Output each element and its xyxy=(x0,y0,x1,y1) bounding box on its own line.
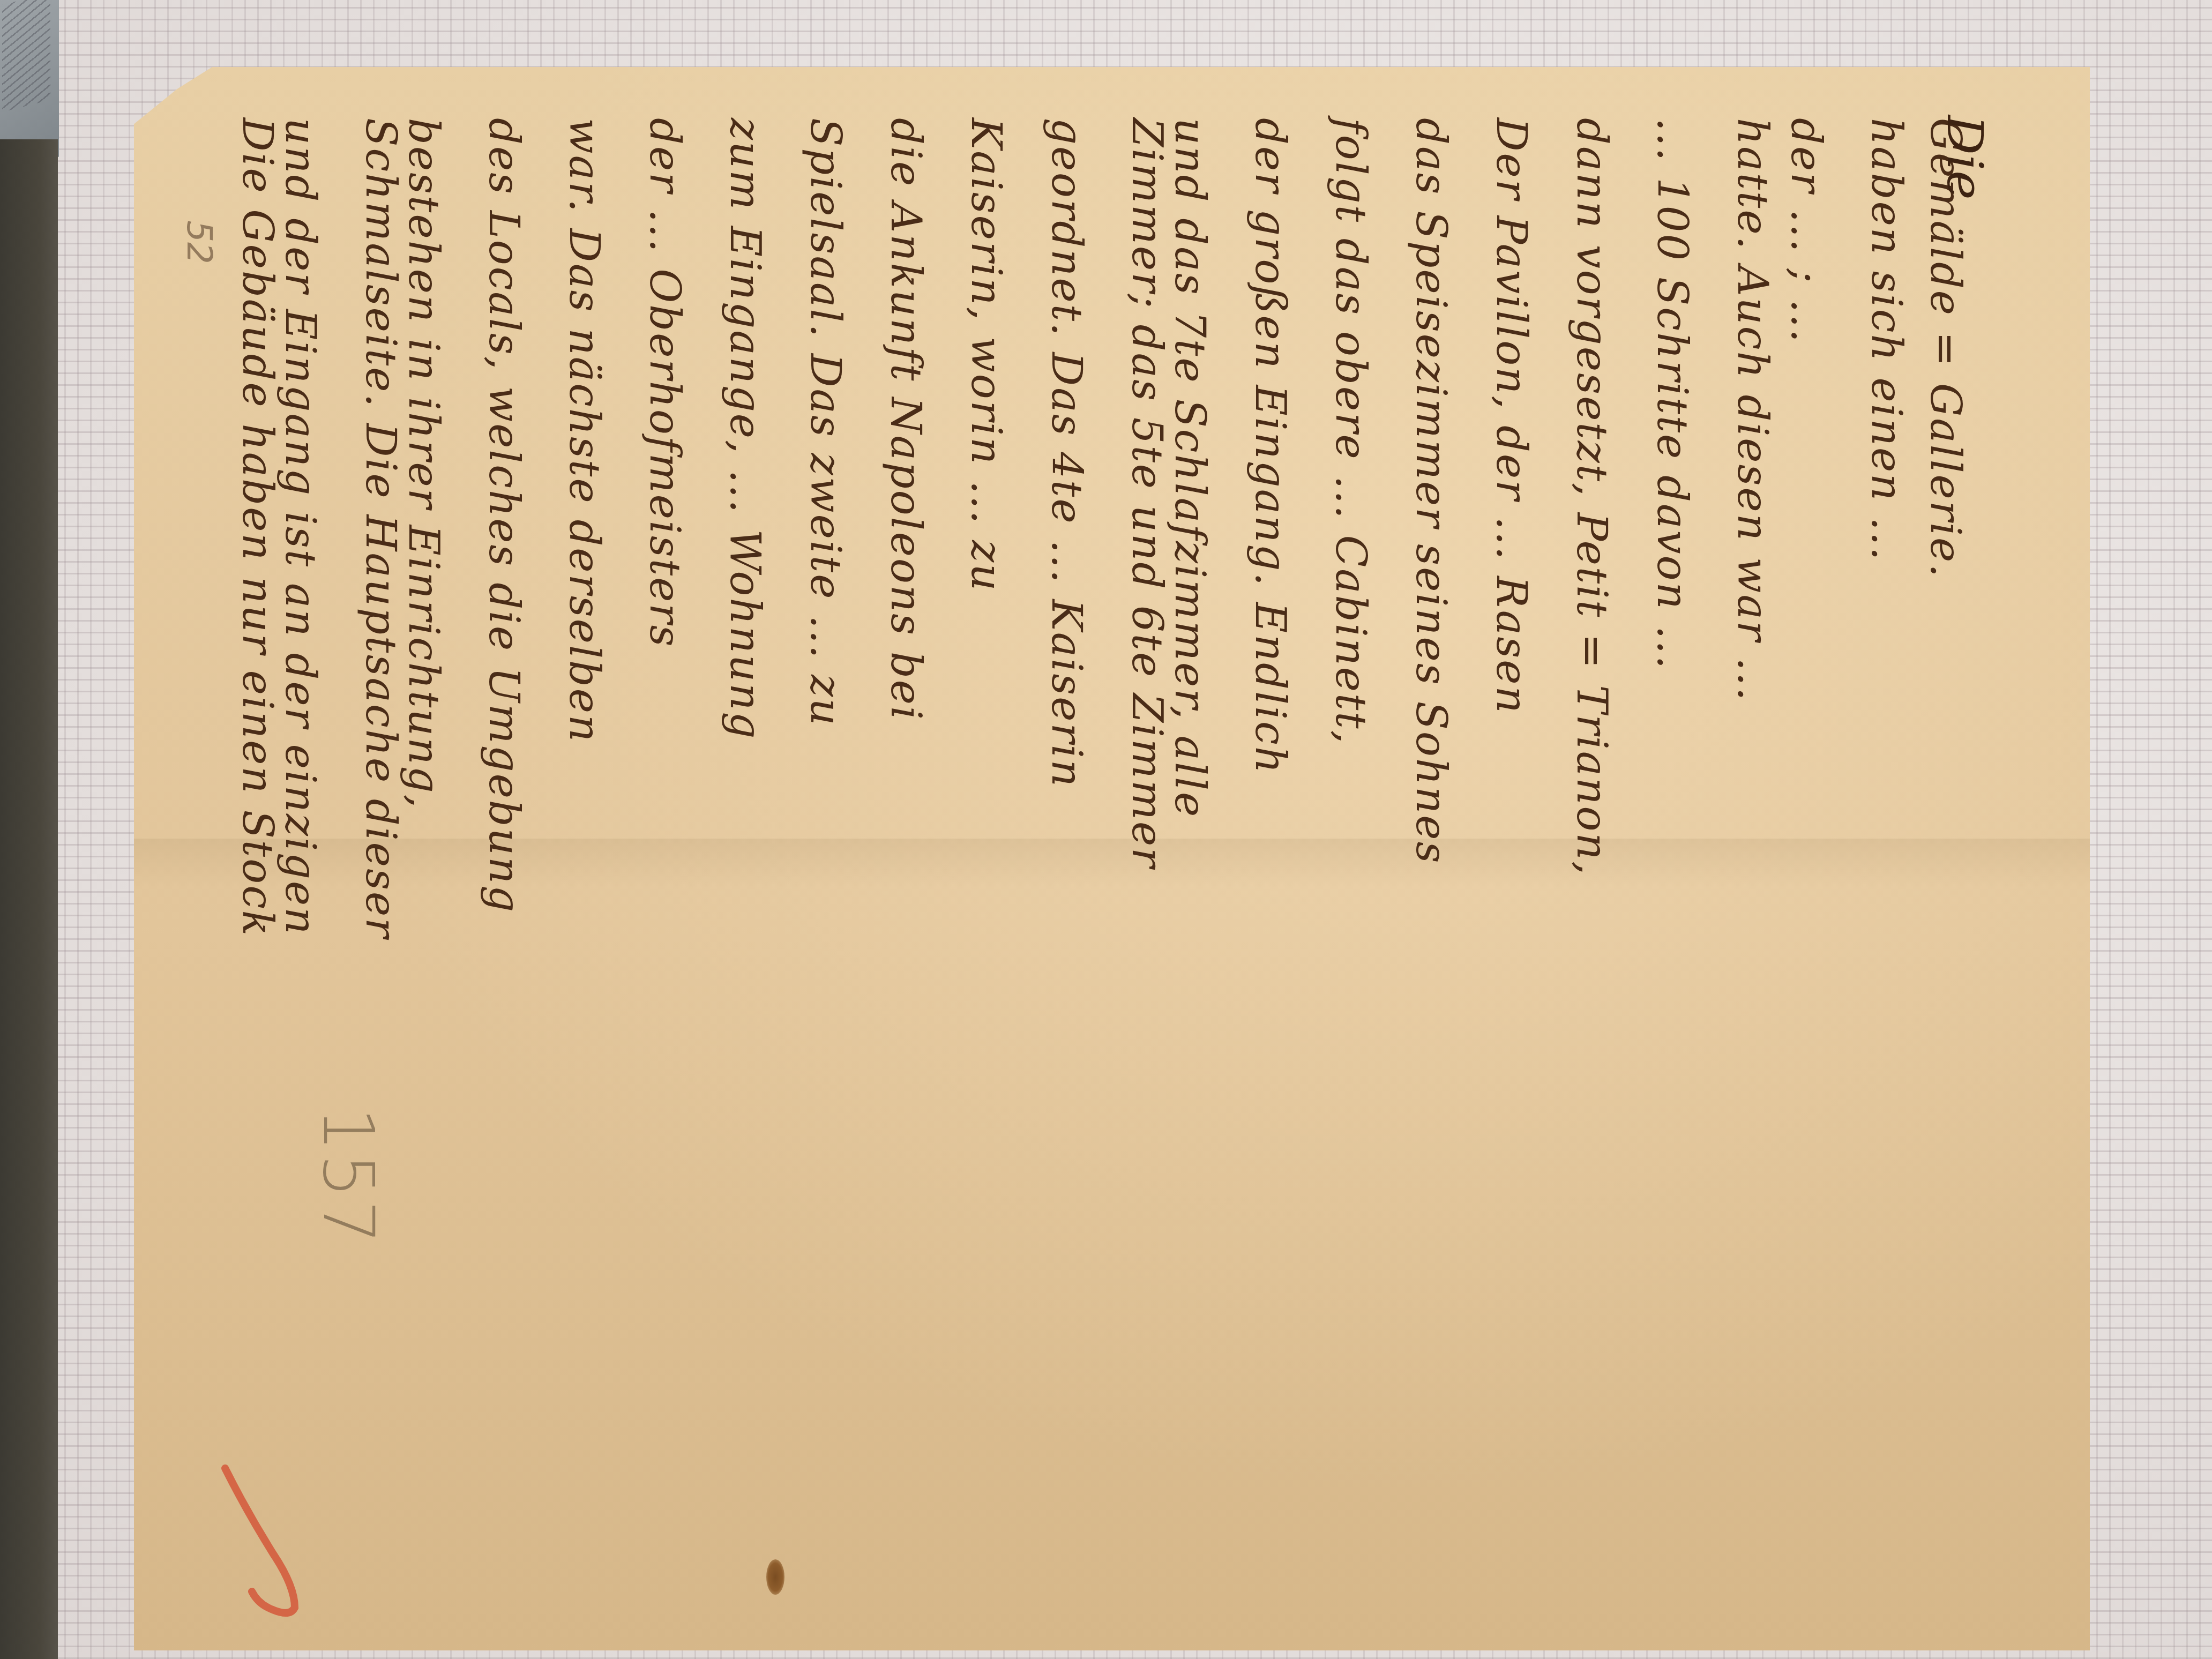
manuscript-line: zum Eingange, ... Wohnung xyxy=(721,118,769,740)
manuscript-line: Die Gebäude haben nur einen Stock xyxy=(233,118,281,937)
catchword: Die xyxy=(1936,115,1993,200)
manuscript-line: war. Das nächste derselben xyxy=(560,118,608,743)
manuscript-line: die Ankunft Napoleons bei xyxy=(881,118,930,721)
foxing-stain xyxy=(766,1559,784,1595)
manuscript-line: bestehen in ihrer Einrichtung, xyxy=(399,118,447,810)
manuscript-line: Spielsaal. Das zweite ... zu xyxy=(801,118,849,727)
pencil-page-number: 52 xyxy=(179,220,219,264)
manuscript-line: Zimmer; das 5te und 6te Zimmer xyxy=(1123,118,1171,869)
manuscript-line: der ... Oberhofmeisters xyxy=(640,118,689,648)
pencil-folio-number: 157 xyxy=(308,1107,389,1246)
handwritten-text-block: Die Gebäude haben nur einen Stock und de… xyxy=(244,118,2012,890)
manuscript-line: geordnet. Das 4te ... Kaiserin xyxy=(1042,118,1090,788)
manuscript-line: Kaiserin, worin ... zu xyxy=(962,118,1010,592)
manuscript-line: hatte. Auch diesen war ... xyxy=(1728,118,1776,702)
manuscript-line: der großen Eingang. Endlich xyxy=(1246,118,1294,775)
dark-side-panel xyxy=(0,139,58,1659)
manuscript-line: und das 7te Schlafzimmer, alle xyxy=(1165,118,1214,818)
red-crayon-mark xyxy=(214,1447,354,1624)
manuscript-line: der ... ; ... xyxy=(1782,118,1830,344)
manuscript-line: das Speisezimmer seines Sohnes xyxy=(1407,118,1455,865)
manuscript-line: Der Pavillon, der ... Rasen xyxy=(1487,118,1535,715)
manuscript-line: des Locals, welches die Umgebung xyxy=(480,118,528,914)
manuscript-line: folgt das obere ... Cabinett, xyxy=(1326,118,1374,745)
manuscript-line: dann vorgesetzt, Petit = Trianon, xyxy=(1567,118,1616,876)
manuscript-line: haben sich einen ... xyxy=(1862,118,1910,562)
gray-item-print-lines xyxy=(2,0,50,112)
manuscript-line: Schmalseite. Die Hauptsache dieser xyxy=(356,118,405,939)
manuscript-line: und der Eingang ist an der einzigen xyxy=(276,118,324,936)
manuscript-line: ... 100 Schritte davon ... xyxy=(1648,118,1696,670)
